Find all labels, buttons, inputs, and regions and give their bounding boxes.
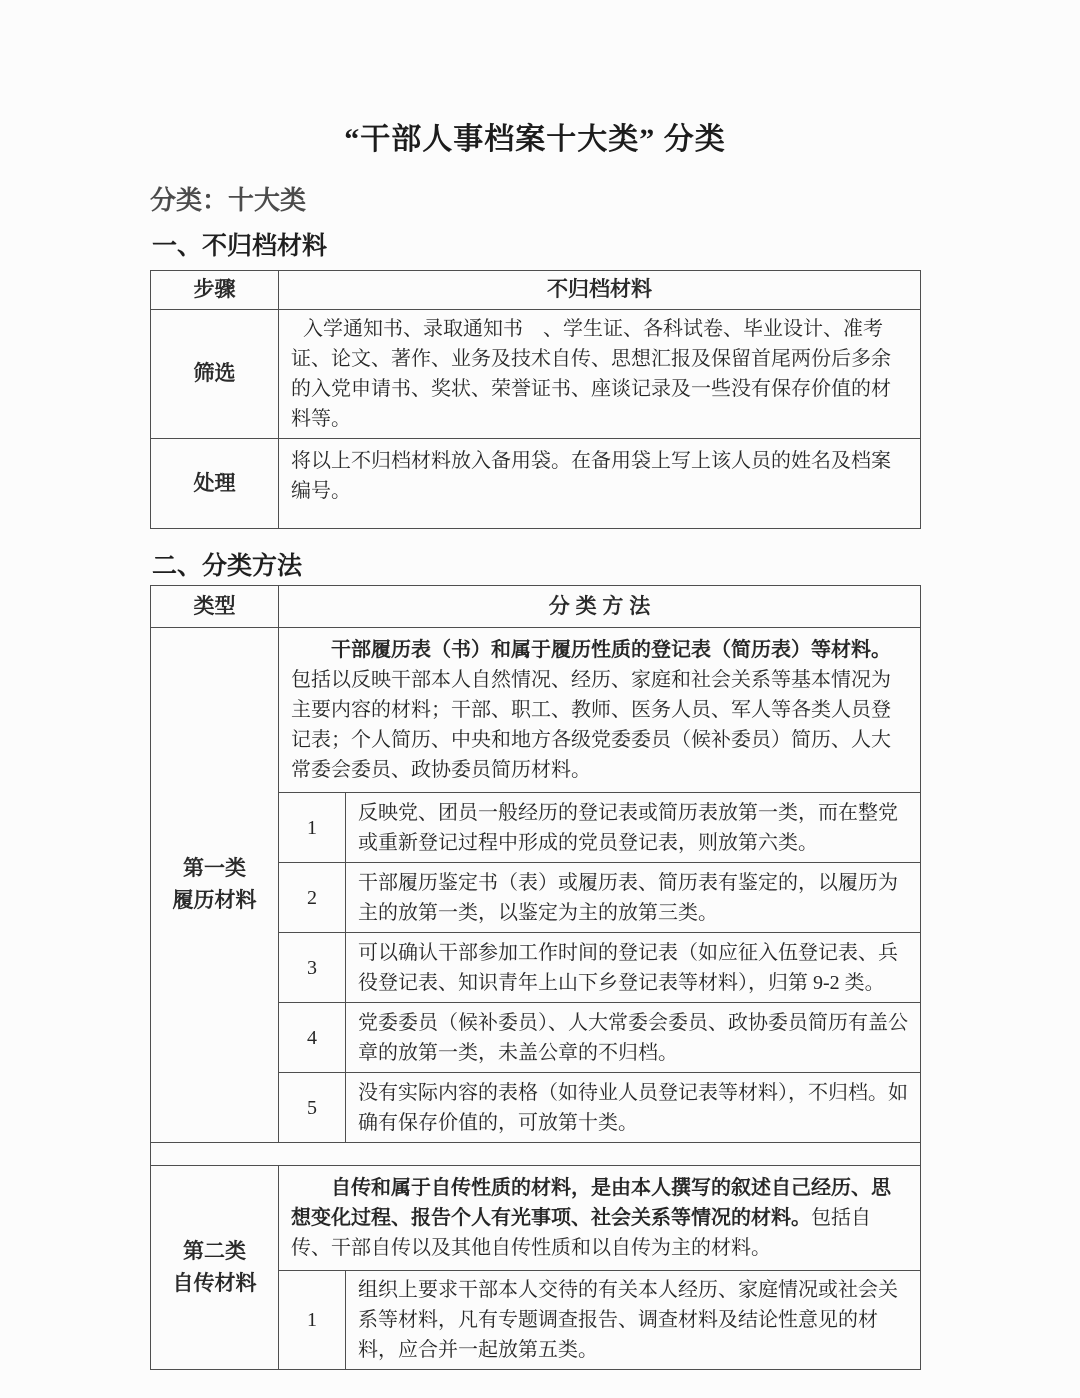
category-1-item-4-text: 党委委员（候补委员）、人大常委会委员、政协委员简历有盖公章的放第一类，未盖公章的… — [346, 1003, 921, 1073]
category-separator-row — [151, 1143, 921, 1166]
classification-subtitle: 分类：十大类 — [150, 185, 920, 216]
category-1-intro-bold: 干部履历表（书）和属于履历性质的登记表（简历表）等材料。 — [331, 639, 891, 661]
category-1-item-2-text: 干部履历鉴定书（表）或履历表、简历表有鉴定的，以履历为主的放第一类，以鉴定为主的… — [346, 863, 921, 933]
category-2-intro-bold: 自传和属于自传性质的材料，是由本人撰写的叙述自己经历、思想变化过程、报告个人有光… — [291, 1177, 891, 1229]
category-2-item-1-text: 组织上要求干部本人交待的有关本人经历、家庭情况或社会关系等材料，凡有专题调查报告… — [346, 1271, 921, 1370]
t1-row-screening-text: 入学通知书、录取通知书 、学生证、各科试卷、毕业设计、准考证、论文、著作、业务及… — [291, 314, 908, 434]
category-1-item-2-num: 2 — [279, 863, 346, 933]
category-1-intro-rest: 包括以反映干部本人自然情况、经历、家庭和社会关系等基本情况为主要内容的材料；干部… — [291, 669, 891, 781]
category-1-label: 第一类 履历材料 — [151, 628, 279, 1143]
category-2-intro-cell: 自传和属于自传性质的材料，是由本人撰写的叙述自己经历、思想变化过程、报告个人有光… — [279, 1166, 921, 1271]
t1-header-row: 步骤 不归档材料 — [151, 271, 921, 310]
category-1-item-1-num: 1 — [279, 793, 346, 863]
category-1-item-4-num: 4 — [279, 1003, 346, 1073]
category-2-label: 第二类 自传材料 — [151, 1166, 279, 1370]
section-2-heading: 二、分类方法 — [152, 550, 920, 582]
category-2-intro-text: 自传和属于自传性质的材料，是由本人撰写的叙述自己经历、思想变化过程、报告个人有光… — [291, 1173, 908, 1263]
category-1-label-line1: 第一类 — [163, 853, 266, 885]
category-2-intro-row: 第二类 自传材料 自传和属于自传性质的材料，是由本人撰写的叙述自己经历、思想变化… — [151, 1166, 921, 1271]
category-1-item-1-text: 反映党、团员一般经历的登记表或简历表放第一类，而在整党或重新登记过程中形成的党员… — [346, 793, 921, 863]
category-separator-cell — [151, 1143, 921, 1166]
category-1-item-3-text: 可以确认干部参加工作时间的登记表（如应征入伍登记表、兵役登记表、知识青年上山下乡… — [346, 933, 921, 1003]
category-1-item-3-num: 3 — [279, 933, 346, 1003]
t2-header-type: 类型 — [151, 586, 279, 628]
category-2-label-line1: 第二类 — [163, 1236, 266, 1268]
classification-method-table: 类型 分 类 方 法 第一类 履历材料 干部履历表（书）和属于履历性质的登记表（… — [150, 585, 921, 1370]
t1-header-material: 不归档材料 — [279, 271, 921, 310]
t1-row-screening: 筛选 入学通知书、录取通知书 、学生证、各科试卷、毕业设计、准考证、论文、著作、… — [151, 310, 921, 439]
section-1-heading: 一、不归档材料 — [152, 230, 920, 262]
category-1-label-line2: 履历材料 — [163, 885, 266, 917]
category-1-intro-row: 第一类 履历材料 干部履历表（书）和属于履历性质的登记表（简历表）等材料。包括以… — [151, 628, 921, 793]
t1-row-handling-content: 将以上不归档材料放入备用袋。在备用袋上写上该人员的姓名及档案编号。 — [279, 439, 921, 529]
t1-header-step: 步骤 — [151, 271, 279, 310]
document-title: “干部人事档案十大类” 分类 — [150, 118, 920, 162]
t1-row-screening-content: 入学通知书、录取通知书 、学生证、各科试卷、毕业设计、准考证、论文、著作、业务及… — [279, 310, 921, 439]
category-1-item-5-num: 5 — [279, 1073, 346, 1143]
category-1-intro-cell: 干部履历表（书）和属于履历性质的登记表（简历表）等材料。包括以反映干部本人自然情… — [279, 628, 921, 793]
t1-row-handling: 处理 将以上不归档材料放入备用袋。在备用袋上写上该人员的姓名及档案编号。 — [151, 439, 921, 529]
t1-row-handling-label: 处理 — [151, 439, 279, 529]
category-2-item-1-num: 1 — [279, 1271, 346, 1370]
t2-header-method: 分 类 方 法 — [279, 586, 921, 628]
t2-header-row: 类型 分 类 方 法 — [151, 586, 921, 628]
category-1-item-5-text: 没有实际内容的表格（如待业人员登记表等材料），不归档。如确有保存价值的，可放第十… — [346, 1073, 921, 1143]
t1-row-screening-label: 筛选 — [151, 310, 279, 439]
category-2-label-line2: 自传材料 — [163, 1268, 266, 1300]
category-1-intro-text: 干部履历表（书）和属于履历性质的登记表（简历表）等材料。包括以反映干部本人自然情… — [291, 635, 908, 785]
non-archive-materials-table: 步骤 不归档材料 筛选 入学通知书、录取通知书 、学生证、各科试卷、毕业设计、准… — [150, 270, 921, 529]
document-page: “干部人事档案十大类” 分类 分类：十大类 一、不归档材料 步骤 不归档材料 筛… — [0, 0, 1080, 1370]
t1-row-handling-text: 将以上不归档材料放入备用袋。在备用袋上写上该人员的姓名及档案编号。 — [291, 446, 908, 506]
